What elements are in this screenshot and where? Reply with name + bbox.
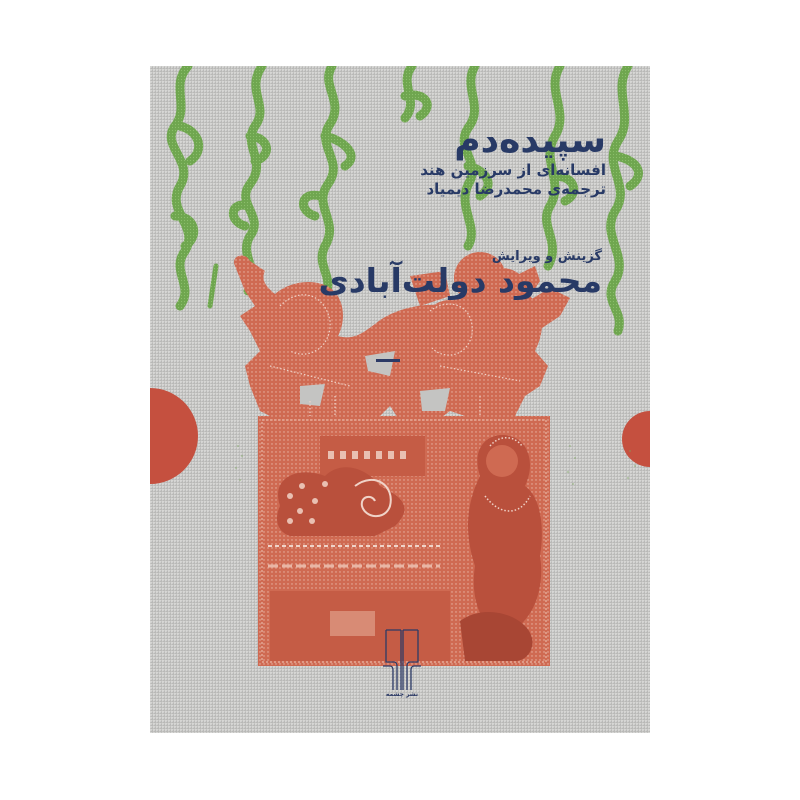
book-subtitle: افسانه‌ای از سرزمین هند: [420, 161, 606, 180]
book-cover: سپیده‌دم افسانه‌ای از سرزمین هند ترجمه‌ی…: [150, 66, 650, 733]
decorative-dash: [376, 359, 400, 362]
right-red-circle: [622, 411, 650, 467]
author-block: گزینش و ویرایش محمود دولت‌آبادی: [319, 250, 603, 300]
left-red-circle: [150, 388, 198, 484]
title-block: سپیده‌دم افسانه‌ای از سرزمین هند ترجمه‌ی…: [420, 121, 606, 199]
book-title: سپیده‌دم: [420, 121, 606, 161]
publisher-name: نشر چشمه: [376, 691, 428, 698]
translator-credit: ترجمه‌ی محمدرضا دیمیاد: [420, 180, 606, 199]
author-name: محمود دولت‌آبادی: [319, 262, 603, 300]
publisher-logo-icon: [382, 628, 422, 692]
